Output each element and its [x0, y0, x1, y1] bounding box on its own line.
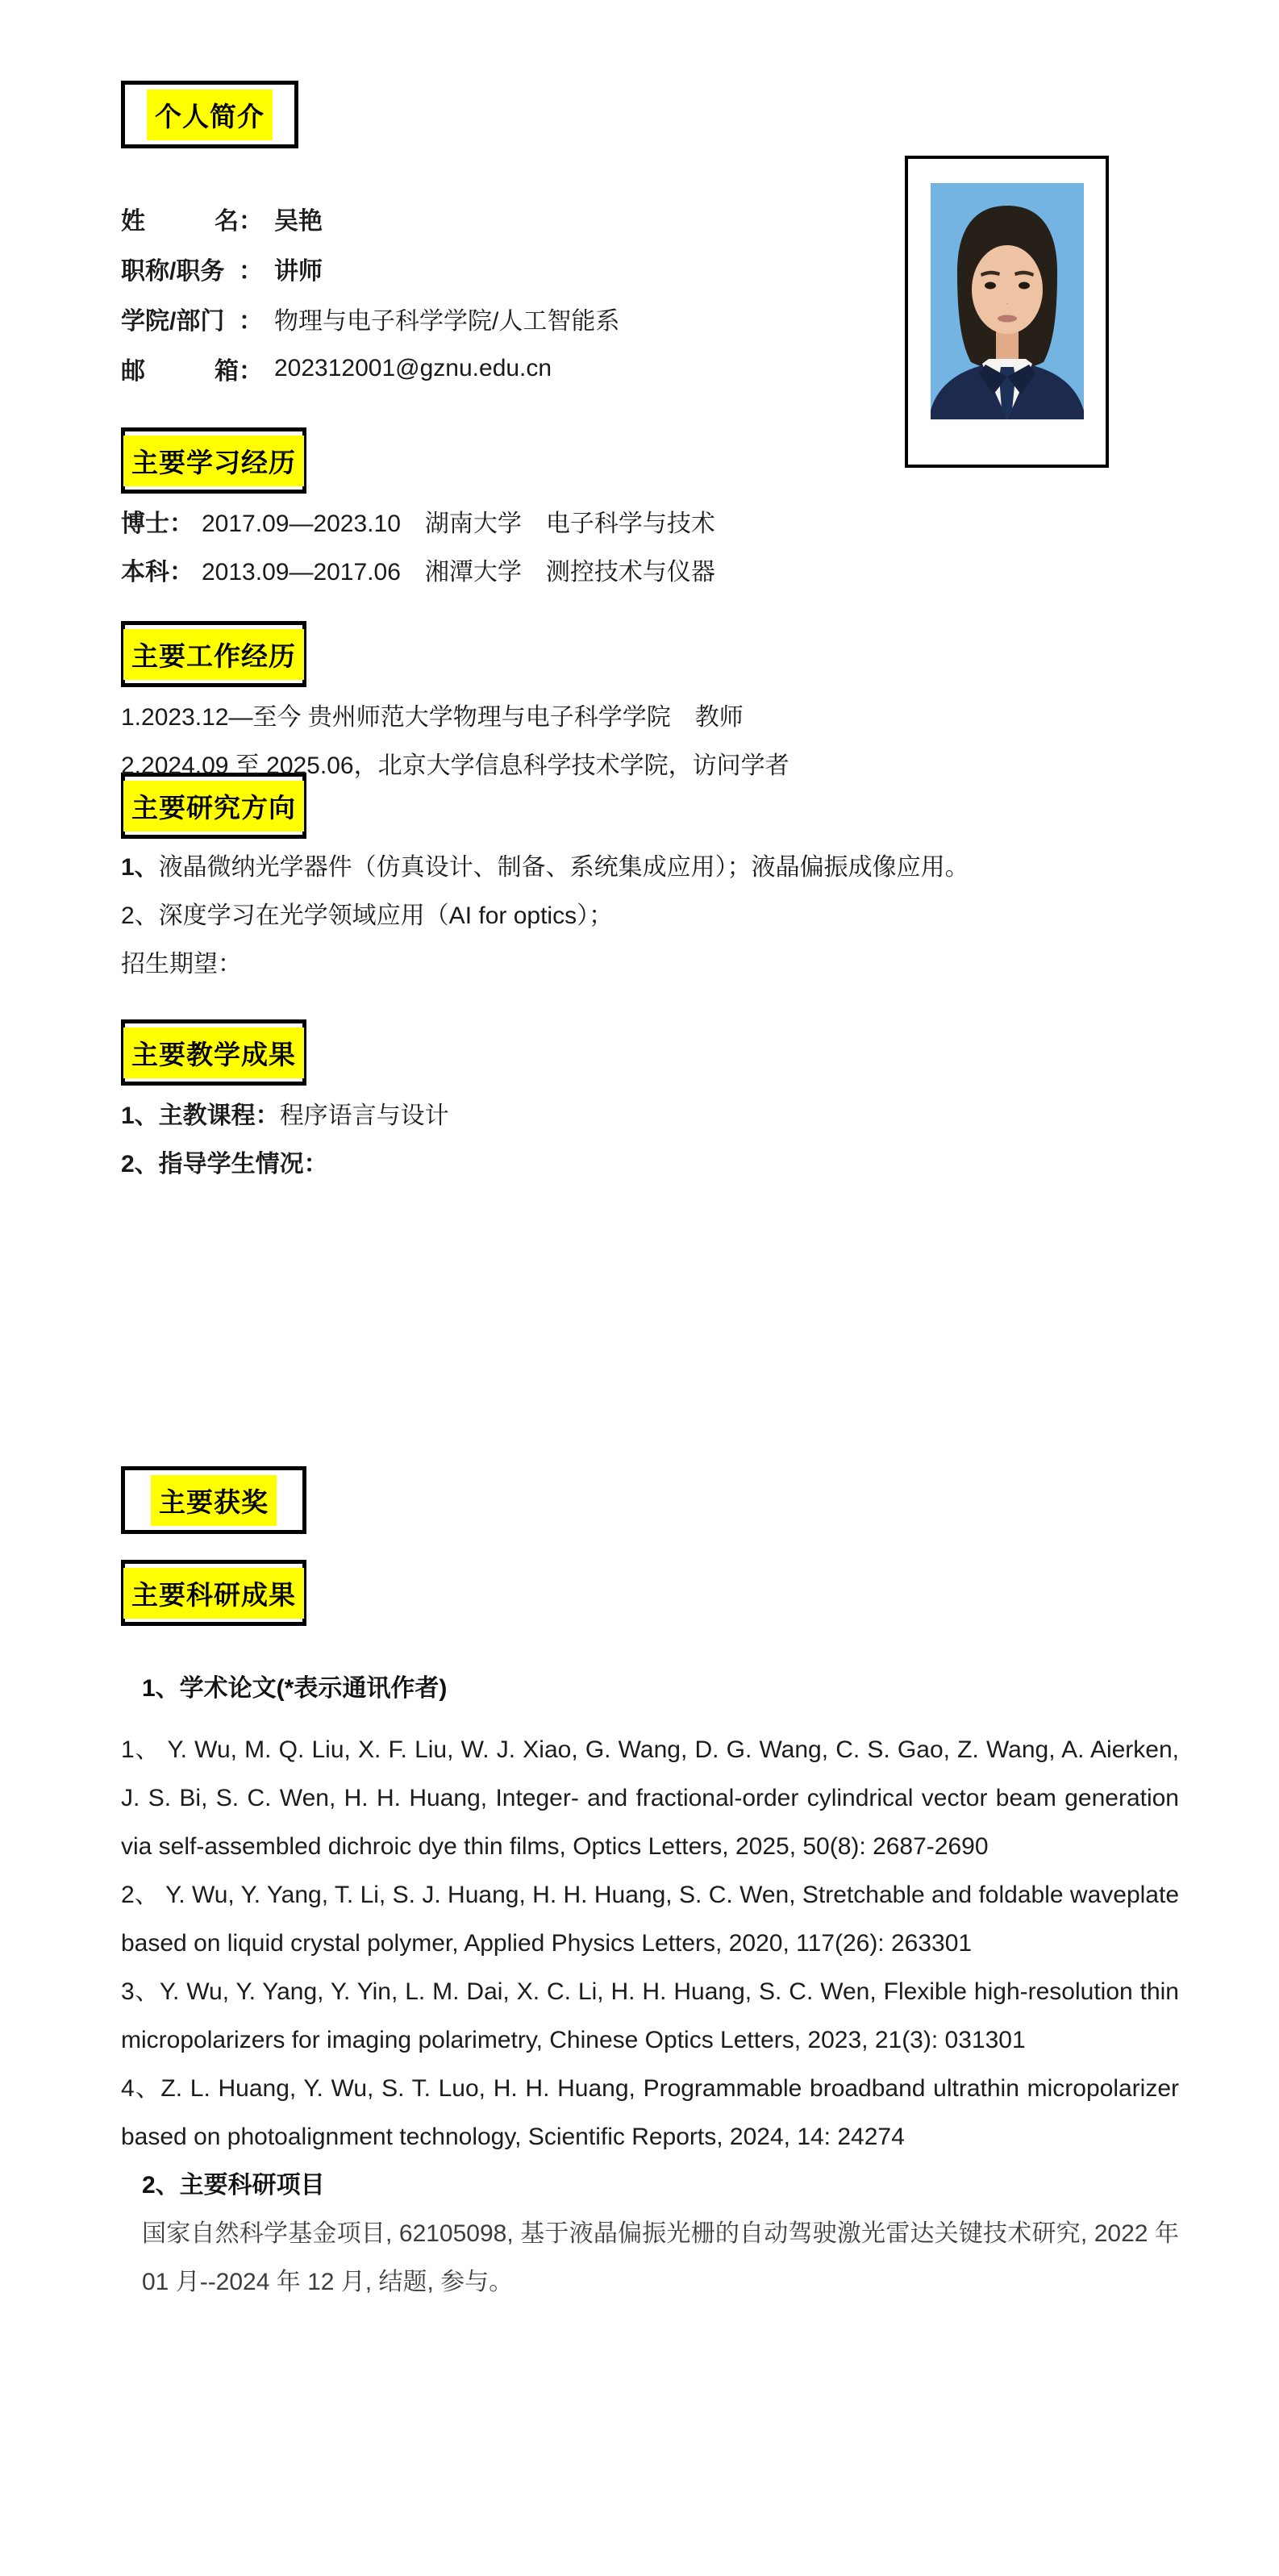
profile-info: 姓名：吴艳 职称/职务：讲师 学院/部门：物理与电子科学学院/人工智能系 邮箱：… — [121, 194, 847, 394]
teaching-list: 1、主教课程：程序语言与设计 2、指导学生情况： — [121, 1092, 1179, 1189]
recruit-expectation: 招生期望： — [121, 940, 1179, 989]
section-box-scientific: 主要科研成果 — [121, 1560, 306, 1626]
paper-item: 4、Z. L. Huang, Y. Wu, S. T. Luo, H. H. H… — [121, 2065, 1179, 2161]
papers-header: 1、学术论文(*表示通讯作者) — [121, 1665, 1179, 1713]
info-value-title: 讲师 — [274, 251, 323, 286]
faculty-profile-page: 个人简介 姓名：吴艳 职称/职务：讲师 学院/部门：物理与电子科学学院/人工智能… — [0, 0, 1279, 2576]
info-row-department: 学院/部门：物理与电子科学学院/人工智能系 — [121, 294, 847, 344]
info-label: 姓名 — [121, 201, 239, 236]
work-list: 1.2023.12—至今 贵州师范大学物理与电子科学学院 教师 2.2024.0… — [121, 694, 1179, 790]
section-box-awards: 主要获奖 — [121, 1466, 306, 1534]
work-item: 2.2024.09 至 2025.06，北京大学信息科学技术学院，访问学者 — [121, 742, 1179, 790]
section-title-education: 主要学习经历 — [123, 436, 304, 486]
teaching-course: 1、主教课程：程序语言与设计 — [121, 1092, 1179, 1140]
info-value-department: 物理与电子科学学院/人工智能系 — [274, 301, 619, 336]
teaching-students: 2、指导学生情况： — [121, 1140, 1179, 1189]
paper-item: 1、 Y. Wu, M. Q. Liu, X. F. Liu, W. J. Xi… — [121, 1726, 1179, 1871]
info-label: 邮箱 — [121, 351, 239, 386]
info-row-name: 姓名：吴艳 — [121, 194, 847, 244]
info-value-email: 202312001@gznu.edu.cn — [274, 355, 552, 382]
document-content: 个人简介 姓名：吴艳 职称/职务：讲师 学院/部门：物理与电子科学学院/人工智能… — [121, 0, 1179, 2307]
section-box-teaching: 主要教学成果 — [121, 1019, 306, 1086]
paper-item: 2、 Y. Wu, Y. Yang, T. Li, S. J. Huang, H… — [121, 1871, 1179, 1968]
section-title-scientific: 主要科研成果 — [123, 1568, 304, 1619]
projects-header: 2、主要科研项目 — [121, 2161, 1179, 2210]
section-title-profile: 个人简介 — [147, 90, 273, 140]
papers-list: 1、 Y. Wu, M. Q. Liu, X. F. Liu, W. J. Xi… — [121, 1726, 1179, 2161]
info-row-title: 职称/职务：讲师 — [121, 244, 847, 294]
section-box-work: 主要工作经历 — [121, 621, 306, 687]
section-title-awards: 主要获奖 — [151, 1475, 277, 1526]
section-box-profile: 个人简介 — [121, 81, 298, 148]
section-title-work: 主要工作经历 — [123, 629, 304, 680]
education-item: 博士：2017.09—2023.10 湖南大学 电子科学与技术 — [121, 500, 1179, 548]
info-label: 学院/部门 — [121, 301, 239, 336]
research-item: 2、深度学习在光学领域应用（AI for optics）； — [121, 892, 1179, 940]
info-label: 职称/职务 — [121, 251, 239, 286]
section-box-education: 主要学习经历 — [121, 427, 306, 494]
education-item: 本科：2013.09—2017.06 湘潭大学 测控技术与仪器 — [121, 548, 1179, 597]
work-item: 1.2023.12—至今 贵州师范大学物理与电子科学学院 教师 — [121, 694, 1179, 742]
section-title-teaching: 主要教学成果 — [123, 1027, 304, 1078]
info-row-email: 邮箱：202312001@gznu.edu.cn — [121, 344, 847, 394]
research-list: 1、液晶微纳光学器件（仿真设计、制备、系统集成应用）；液晶偏振成像应用。 2、深… — [121, 844, 1179, 989]
paper-item: 3、Y. Wu, Y. Yang, Y. Yin, L. M. Dai, X. … — [121, 1968, 1179, 2065]
education-list: 博士：2017.09—2023.10 湖南大学 电子科学与技术 本科：2013.… — [121, 500, 1179, 597]
info-value-name: 吴艳 — [274, 201, 323, 236]
project-item: 国家自然科学基金项目, 62105098, 基于液晶偏振光栅的自动驾驶激光雷达关… — [121, 2210, 1179, 2307]
research-item: 1、液晶微纳光学器件（仿真设计、制备、系统集成应用）；液晶偏振成像应用。 — [121, 844, 1179, 892]
